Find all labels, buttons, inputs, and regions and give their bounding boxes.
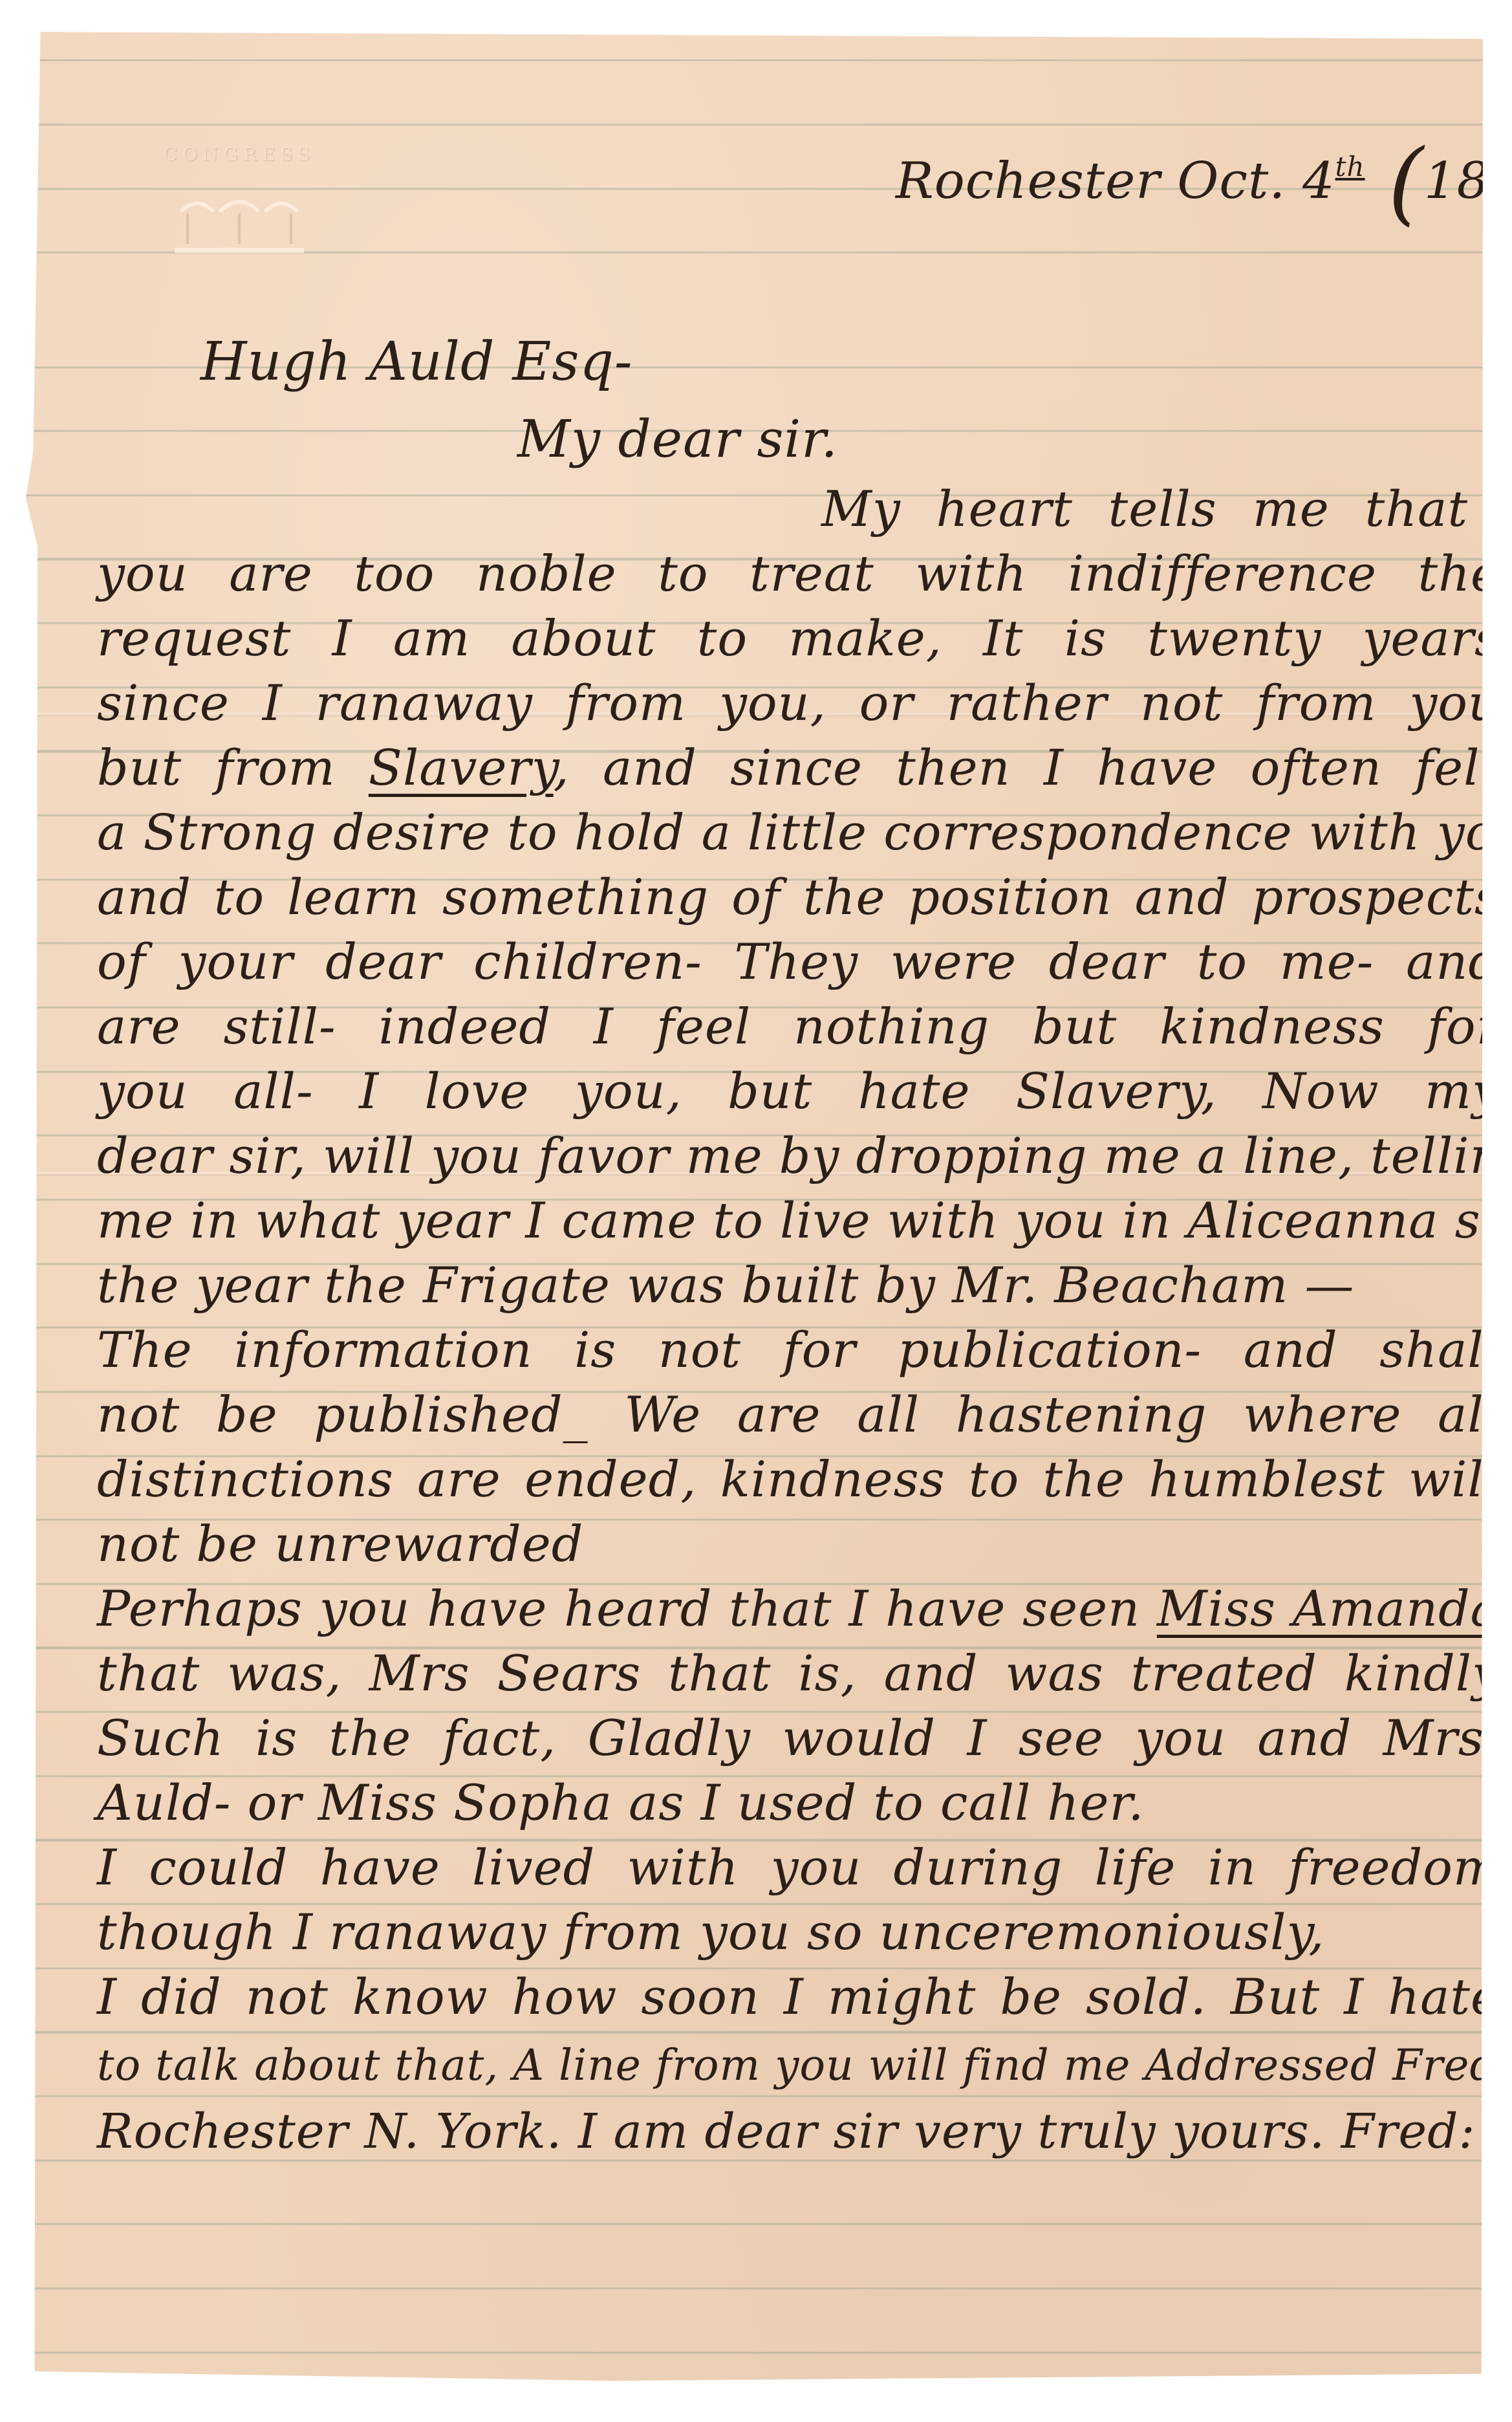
letter-month: Oct. (1177, 152, 1286, 210)
recipient-name: Hugh Auld Esq- (200, 331, 633, 393)
congress-emboss-stamp-icon: CONGRESS (155, 144, 323, 273)
signature: Fred: Douglass (1341, 2104, 1512, 2159)
body-line: Such is the fact, Gladly would I see you… (97, 1709, 1500, 1767)
date-line: Rochester Oct. 4th (1857 (896, 115, 1512, 220)
body-line: My heart tells me that (821, 480, 1468, 538)
abbrev-superscript: k (1498, 2033, 1512, 2064)
body-line: Perhaps you have heard that I have seen … (97, 1580, 1500, 1637)
letter-paper: CONGRESS Rochester Oct. 4th (1857 Hugh A… (26, 27, 1489, 2383)
underlined-name-miss-amanda: Miss Amanda (1157, 1580, 1500, 1637)
body-line: though I ranaway from you so unceremonio… (97, 1903, 1500, 1961)
body-line: request I am about to make, It is twenty… (97, 609, 1500, 667)
body-line: you all- I love you, but hate Slavery, N… (97, 1062, 1500, 1120)
greeting: My dear sir. (517, 409, 838, 469)
body-line: dear sir, will you favor me by dropping … (97, 1127, 1500, 1184)
body-line: but from Slavery, and since then I have … (97, 739, 1500, 796)
return-address: Rochester N. York. (97, 2104, 562, 2159)
body-line: since I ranaway from you, or rather not … (97, 674, 1500, 732)
body-line: not be published_ We are all hastening w… (97, 1386, 1500, 1443)
letter-year: 1857 (1424, 152, 1512, 210)
body-text: to talk about that, A line from you will… (97, 2040, 1498, 2090)
date-bracket: ( (1388, 130, 1424, 235)
valediction: I am dear sir very truly yours. (578, 2104, 1325, 2159)
body-line: of your dear children- They were dear to… (97, 933, 1500, 990)
capitol-building-icon (175, 182, 304, 260)
body-line: me in what year I came to live with you … (97, 1192, 1500, 1249)
body-text: but from (97, 739, 336, 796)
body-line: you are too noble to treat with indiffer… (97, 545, 1500, 602)
body-line: are still- indeed I feel nothing but kin… (97, 998, 1500, 1055)
body-line: not be unrewarded (97, 1515, 1500, 1573)
body-line: to talk about that, A line from you will… (97, 2033, 1500, 2090)
body-text: Perhaps you have heard that I have seen (97, 1580, 1140, 1637)
letter-day: 4 (1302, 152, 1335, 210)
body-text: , and since then I have often felt (554, 739, 1500, 796)
body-line: I did not know how soon I might be sold.… (97, 1968, 1500, 2025)
body-line: and to learn something of the position a… (97, 868, 1500, 926)
underlined-word-slavery: Slavery (369, 739, 554, 796)
body-line: that was, Mrs Sears that is, and was tre… (97, 1644, 1500, 1702)
closing-line: Rochester N. York. I am dear sir very tr… (97, 2104, 1500, 2159)
body-line: Auld- or Miss Sopha as I used to call he… (97, 1774, 1500, 1831)
letter-day-suffix: th (1335, 151, 1365, 182)
emboss-stamp-text: CONGRESS (155, 144, 323, 165)
letter-place: Rochester (896, 152, 1161, 210)
body-line: distinctions are ended, kindness to the … (97, 1450, 1500, 1508)
body-line: the year the Frigate was built by Mr. Be… (97, 1256, 1500, 1314)
body-line: I could have lived with you during life … (97, 1838, 1500, 1896)
body-line: a Strong desire to hold a little corresp… (97, 803, 1500, 861)
body-line: The information is not for publication- … (97, 1321, 1500, 1379)
